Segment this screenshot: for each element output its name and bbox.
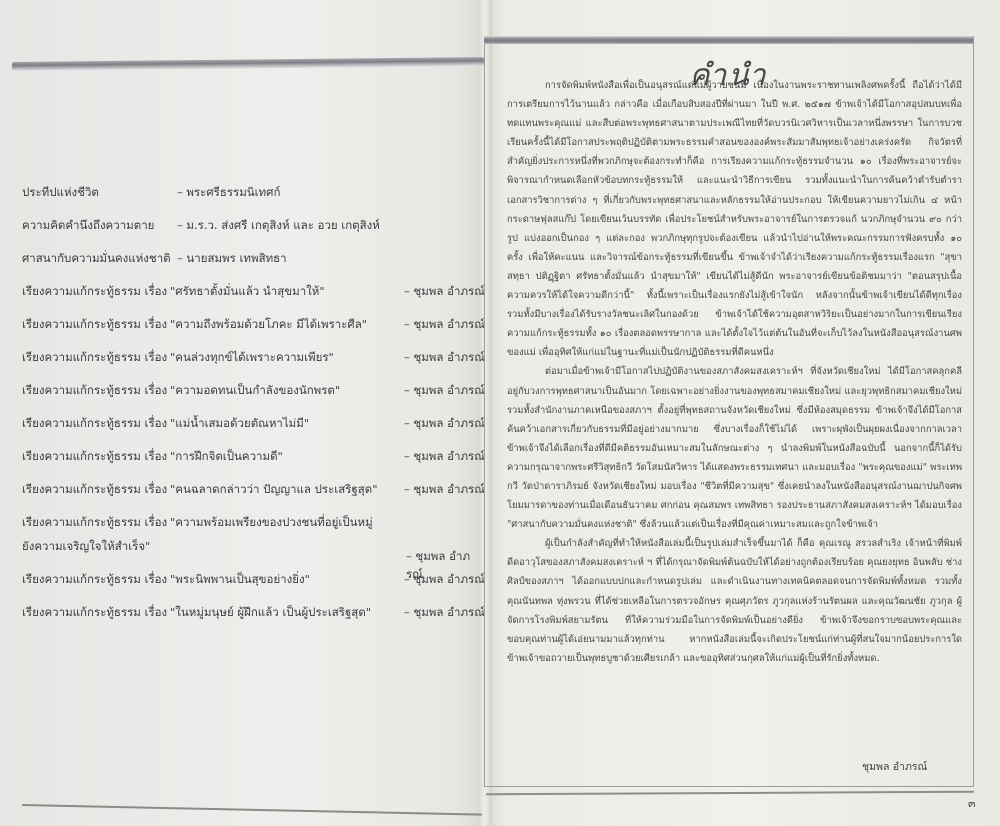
contents-item: เรียงความแก้กระทู้ธรรม เรื่อง "คนฉลาดกล่… <box>22 481 477 514</box>
contents-author: – ม.ร.ว. ส่งศรี เกตุสิงห์ และ อวย เกตุสิ… <box>177 217 380 235</box>
contents-item: เรียงความแก้กระทู้ธรรม เรื่อง "ในหมู่มนุ… <box>22 604 477 637</box>
contents-quote: "ความถึงพร้อมด้วยโภคะ มีได้เพราะศีล" <box>170 316 367 334</box>
contents-quote: "ศรัทธาตั้งมั่นแล้ว นำสุขมาให้" <box>170 283 325 301</box>
preface-header-rule <box>484 36 973 44</box>
contents-quote: "ความพร้อมเพรียงของปวงชนที่อยู่เป็นหมู่ <box>170 514 373 532</box>
contents-item: ศาสนากับความมั่นคงแห่งชาติ – นายสมพร เทพ… <box>22 250 477 283</box>
contents-title: ศาสนากับความมั่นคงแห่งชาติ <box>22 250 171 268</box>
contents-item-continuation: ยังความเจริญใจให้สำเร็จ" – ชุมพล อำภรณ์ <box>22 538 477 571</box>
contents-quote-continuation: ยังความเจริญใจให้สำเร็จ" <box>22 538 150 556</box>
contents-item: เรียงความแก้กระทู้ธรรม เรื่อง "พระนิพพาน… <box>22 571 477 604</box>
contents-author: – ชุมพล อำภรณ์ <box>404 448 485 466</box>
contents-item: เรียงความแก้กระทู้ธรรม เรื่อง "ความพร้อม… <box>22 514 477 538</box>
contents-title: เรียงความแก้กระทู้ธรรม เรื่อง <box>22 514 167 532</box>
contents-title: ความคิดคำนึงถึงความตาย <box>22 217 154 235</box>
contents-item: เรียงความแก้กระทู้ธรรม เรื่อง "แม่น้ำเสม… <box>22 415 477 448</box>
preface-paragraph: ต่อมาเมื่อข้าพเจ้ามีโอกาสไปปฏิบัติงานของ… <box>507 362 962 534</box>
preface-paragraph: การจัดพิมพ์หนังสือเพื่อเป็นอนุสรณ์แด่แม่… <box>507 76 962 362</box>
contents-item: เรียงความแก้กระทู้ธรรม เรื่อง "การฝึกจิต… <box>22 448 477 481</box>
contents-quote: "ความอดทนเป็นกำลังของนักพรต" <box>170 382 340 400</box>
contents-quote: "แม่น้ำเสมอด้วยตัณหาไม่มี" <box>170 415 309 433</box>
contents-author: – ชุมพล อำภรณ์ <box>404 382 485 400</box>
book-spread: ประทีปแห่งชีวิต – พระศรีธรรมนิเทศก์ ความ… <box>0 0 1000 826</box>
contents-title: เรียงความแก้กระทู้ธรรม เรื่อง <box>22 481 167 499</box>
contents-title: ประทีปแห่งชีวิต <box>22 184 99 202</box>
contents-title: เรียงความแก้กระทู้ธรรม เรื่อง <box>22 604 167 622</box>
contents-title: เรียงความแก้กระทู้ธรรม เรื่อง <box>22 283 167 301</box>
contents-item: ความคิดคำนึงถึงความตาย – ม.ร.ว. ส่งศรี เ… <box>22 217 477 250</box>
contents-title: เรียงความแก้กระทู้ธรรม เรื่อง <box>22 571 167 589</box>
contents-author: – ชุมพล อำภรณ์ <box>404 604 485 622</box>
contents-item: เรียงความแก้กระทู้ธรรม เรื่อง "ความอดทนเ… <box>22 382 477 415</box>
contents-title: เรียงความแก้กระทู้ธรรม เรื่อง <box>22 415 167 433</box>
contents-author: – พระศรีธรรมนิเทศก์ <box>177 184 280 202</box>
contents-author: – ชุมพล อำภรณ์ <box>404 415 485 433</box>
contents-quote: "พระนิพพานเป็นสุขอย่างยิ่ง" <box>170 571 310 589</box>
contents-item: ประทีปแห่งชีวิต – พระศรีธรรมนิเทศก์ <box>22 184 477 217</box>
contents-quote: "คนฉลาดกล่าวว่า ปัญญาแล ประเสริฐสุด" <box>170 481 378 499</box>
preface-signature: ชุมพล อำภรณ์ <box>862 758 927 775</box>
contents-item: เรียงความแก้กระทู้ธรรม เรื่อง "ความถึงพร… <box>22 316 477 349</box>
contents-quote: "คนล่วงทุกข์ได้เพราะความเพียร" <box>170 349 334 367</box>
contents-title: เรียงความแก้กระทู้ธรรม เรื่อง <box>22 316 167 334</box>
contents-quote: "ในหมู่มนุษย์ ผู้ฝึกแล้ว เป็นผู้ประเสริฐ… <box>170 604 371 622</box>
contents-item: เรียงความแก้กระทู้ธรรม เรื่อง "ศรัทธาตั้… <box>22 283 477 316</box>
contents-author: – ชุมพล อำภรณ์ <box>404 283 485 301</box>
contents-title: เรียงความแก้กระทู้ธรรม เรื่อง <box>22 448 167 466</box>
contents-author: – ชุมพล อำภรณ์ <box>404 349 485 367</box>
contents-author: – ชุมพล อำภรณ์ <box>404 316 485 334</box>
contents-author: – ชุมพล อำภรณ์ <box>404 571 485 589</box>
contents-quote: "การฝึกจิตเป็นความดี" <box>170 448 283 466</box>
contents-title: เรียงความแก้กระทู้ธรรม เรื่อง <box>22 349 167 367</box>
page-number: ๓ <box>968 794 976 812</box>
contents-item: เรียงความแก้กระทู้ธรรม เรื่อง "คนล่วงทุก… <box>22 349 477 382</box>
contents-title: เรียงความแก้กระทู้ธรรม เรื่อง <box>22 382 167 400</box>
preface-body: การจัดพิมพ์หนังสือเพื่อเป็นอนุสรณ์แด่แม่… <box>507 76 962 668</box>
contents-author: – ชุมพล อำภรณ์ <box>404 481 485 499</box>
preface-paragraph: ผู้เป็นกำลังสำคัญที่ทำให้หนังสือเล่มนี้เ… <box>507 534 962 668</box>
contents-author: – นายสมพร เทพสิทธา <box>177 250 287 268</box>
table-of-contents: ประทีปแห่งชีวิต – พระศรีธรรมนิเทศก์ ความ… <box>22 184 477 637</box>
